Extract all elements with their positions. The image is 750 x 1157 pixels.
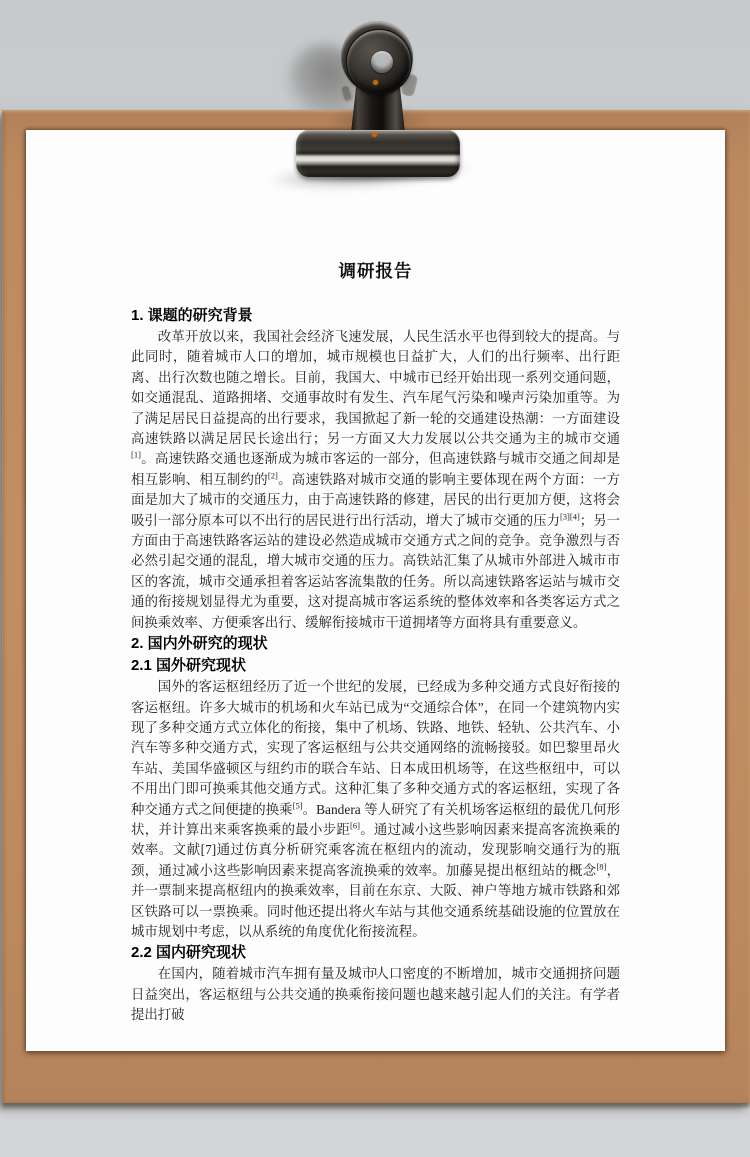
citation-ref: [3][4]	[560, 511, 580, 521]
section-heading: 2.2 国内研究现状	[131, 942, 620, 964]
citation-ref: [5]	[293, 800, 303, 810]
citation-ref: [1]	[131, 450, 141, 460]
page-number: 1	[26, 966, 725, 978]
clip-hole	[371, 51, 393, 73]
section-heading: 2.1 国外研究现状	[131, 655, 620, 677]
document-title: 调研报告	[131, 258, 620, 284]
citation-ref: [6]	[350, 820, 360, 830]
citation-ref: [8]	[596, 861, 606, 871]
clipboard: 调研报告 1. 课题的研究背景改革开放以来，我国社会经济飞速发展，人民生活水平也…	[2, 110, 750, 1103]
section-heading: 2. 国内外研究的现状	[131, 633, 620, 655]
scene: 调研报告 1. 课题的研究背景改革开放以来，我国社会经济飞速发展，人民生活水平也…	[0, 0, 750, 1157]
paragraph: 国外的客运枢纽经历了近一个世纪的发展，已经成为多种交通方式良好衔接的客运枢纽。许…	[131, 677, 620, 942]
document-content-area: 调研报告 1. 课题的研究背景改革开放以来，我国社会经济飞速发展，人民生活水平也…	[26, 130, 725, 1051]
clip-lever-right	[401, 73, 419, 97]
citation-ref: [2]	[268, 470, 278, 480]
paragraph: 改革开放以来，我国社会经济飞速发展，人民生活水平也得到较大的提高。与此同时，随着…	[131, 327, 620, 633]
section-heading: 1. 课题的研究背景	[131, 305, 620, 327]
document-page: 调研报告 1. 课题的研究背景改革开放以来，我国社会经济飞速发展，人民生活水平也…	[26, 130, 725, 1051]
document-body: 1. 课题的研究背景改革开放以来，我国社会经济飞速发展，人民生活水平也得到较大的…	[131, 305, 620, 1026]
clip-reflection-dot	[373, 80, 378, 85]
